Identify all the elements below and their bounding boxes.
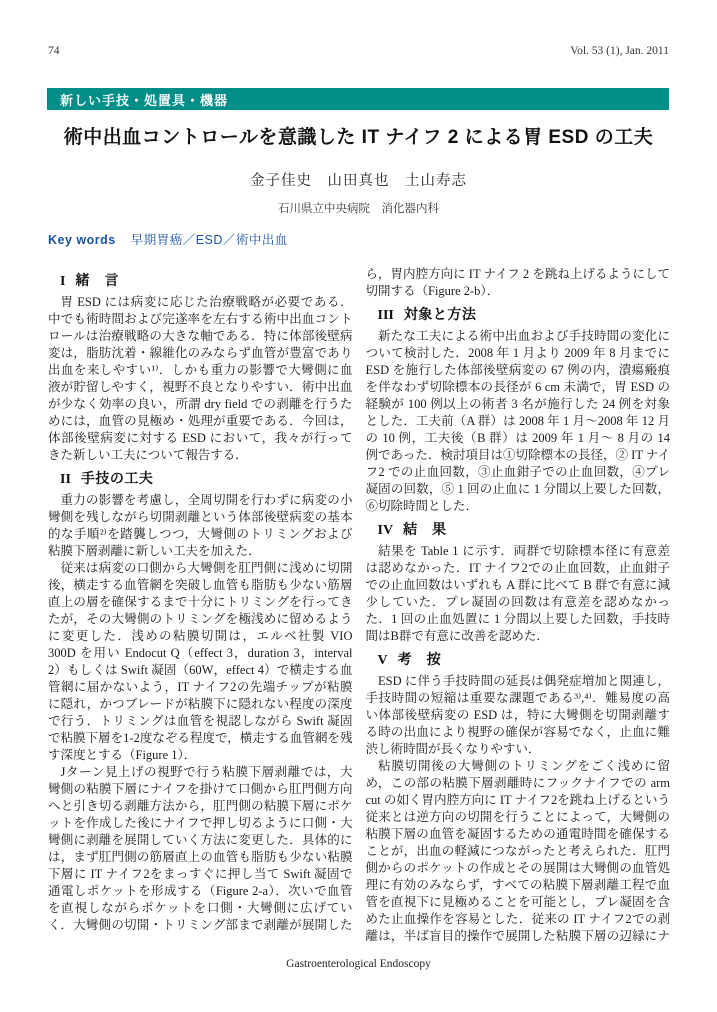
category-banner: 新しい手技・処置具・機器 [47, 88, 669, 110]
section-title: 考 按 [398, 651, 442, 667]
paragraph: 胃 ESD には病変に応じた治療戦略が必要である．中でも術時間および完遂率を左右… [48, 294, 353, 464]
section-number: III [378, 308, 394, 323]
keywords-value: 早期胃癌／ESD／術中出血 [131, 230, 288, 248]
paragraph: 結果を Table 1 に示す．両群で切除標本径に有意差は認めなかった．IT ナ… [366, 543, 671, 645]
section-title: 手技の工夫 [81, 470, 154, 486]
running-head: 74 Vol. 53 (1), Jan. 2011 [48, 45, 669, 57]
section-number: II [60, 472, 71, 487]
paragraph: ESD に伴う手技時間の延長は偶発症増加と関連し，手技時間の短縮は重要な課題であ… [366, 673, 671, 758]
volume-info: Vol. 53 (1), Jan. 2011 [570, 45, 669, 57]
page-number: 74 [48, 45, 60, 57]
affiliation: 石川県立中央病院 消化器内科 [0, 200, 717, 216]
paragraph: 重力の影響を考慮し，全周切開を行わずに病変の小彎側を残しながら切開剥離という体部… [48, 492, 353, 560]
keywords-label: Key words [48, 233, 116, 247]
section-heading-introduction: I緒 言 [48, 271, 353, 291]
section-number: V [378, 653, 388, 668]
section-title: 結 果 [403, 521, 447, 537]
category-banner-label: 新しい手技・処置具・機器 [47, 90, 228, 109]
section-title: 対象と方法 [404, 306, 477, 322]
paragraph: 新たな工夫による術中出血および手技時間の変化について検討した．2008 年 1 … [366, 328, 671, 515]
keywords-row: Key words 早期胃癌／ESD／術中出血 [48, 230, 288, 248]
author-names: 金子佳史 山田真也 土山寿志 [0, 169, 717, 190]
section-heading-results: IV結 果 [366, 520, 671, 540]
journal-footer: Gastroenterological Endoscopy [0, 958, 717, 970]
article-title: 術中出血コントロールを意識した IT ナイフ 2 による胃 ESD の工夫 [0, 122, 717, 149]
section-title: 緒 言 [75, 272, 119, 288]
journal-page: 74 Vol. 53 (1), Jan. 2011 新しい手技・処置具・機器 術… [0, 0, 717, 1012]
section-number: I [60, 274, 65, 289]
section-heading-discussion: V考 按 [366, 650, 671, 670]
article-body: I緒 言 胃 ESD には病変に応じた治療戦略が必要である．中でも術時間および完… [48, 266, 670, 952]
section-number: IV [378, 523, 394, 538]
section-heading-methods: III対象と方法 [366, 305, 671, 325]
section-heading-technique: II手技の工夫 [48, 469, 353, 489]
paragraph: 従来は病変の口側から大彎側を肛門側に浅めに切開後，横走する血管網を突破し血管も脂… [48, 560, 353, 764]
